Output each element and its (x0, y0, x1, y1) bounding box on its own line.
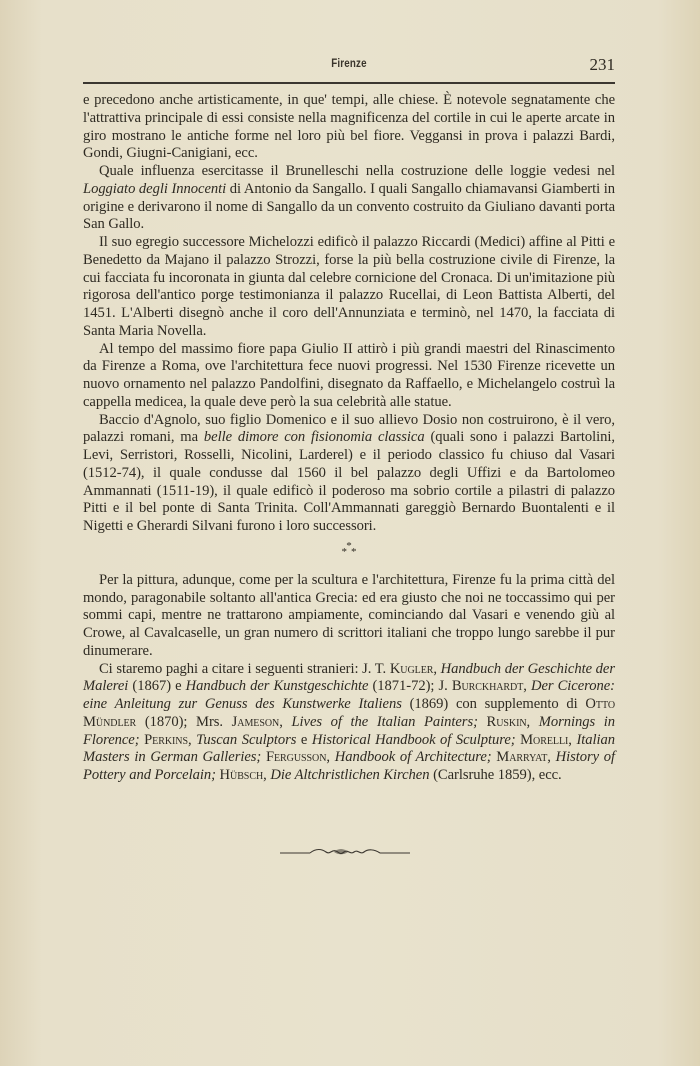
italic-title: Die Altchristlichen Kirchen (270, 767, 429, 783)
text-run: (1870); Mrs. (136, 714, 231, 730)
body-text: e precedono anche artisticamente, in que… (83, 92, 615, 785)
running-title: Firenze (123, 58, 575, 70)
italic-title: Historical Handbook of Sculpture; (312, 732, 516, 748)
asterism-bottom: ** (83, 548, 615, 557)
text-run: e precedono anche artisticamente, in que… (83, 92, 615, 161)
author-name: Burckhardt (452, 678, 523, 694)
text-run: Ci staremo paghi a citare i seguenti str… (99, 661, 390, 677)
text-run (478, 714, 487, 730)
running-head: Firenze 231 (83, 56, 615, 76)
text-run: , (188, 732, 196, 748)
paragraph: Baccio d'Agnolo, suo figlio Domenico e i… (83, 412, 615, 536)
text-run: , (279, 714, 291, 730)
italic-title: Tuscan Sculptors (196, 732, 296, 748)
text-run: (1867) e (128, 678, 185, 694)
italic-title: Lives of the Italian Painters; (291, 714, 477, 730)
paragraph: Per la pittura, adunque, come per la scu… (83, 572, 615, 661)
paragraph: Al tempo del massimo fiore papa Giulio I… (83, 341, 615, 412)
text-run: (1869) con supplemento di (402, 696, 586, 712)
header-rule (83, 82, 615, 84)
page-number: 231 (590, 55, 616, 75)
paragraph: e precedono anche artisticamente, in que… (83, 92, 615, 163)
paragraph: Ci staremo paghi a citare i seguenti str… (83, 661, 615, 785)
paragraphs-after-break: Per la pittura, adunque, come per la scu… (83, 572, 615, 785)
author-name: Marryat (496, 749, 547, 765)
section-break-asterism: * ** (83, 536, 615, 572)
paragraph: Il suo egregio successore Michelozzi edi… (83, 234, 615, 341)
text-run: Per la pittura, adunque, come per la scu… (83, 572, 615, 659)
italic-title: Loggiato degli Innocenti (83, 181, 226, 197)
text-run: e (296, 732, 312, 748)
author-name: Jameson (232, 714, 280, 730)
text-run: Al tempo del massimo fiore papa Giulio I… (83, 341, 615, 410)
text-run: Quale influenza esercitasse il Brunelles… (99, 163, 615, 179)
author-name: Ruskin (487, 714, 527, 730)
text-run: , (326, 749, 334, 765)
author-name: Morelli (520, 732, 568, 748)
text-run: , (547, 749, 555, 765)
text-run: Il suo egregio successore Michelozzi edi… (83, 234, 615, 339)
italic-title: belle dimore con fisionomia classica (204, 429, 425, 445)
author-name: Hübsch (220, 767, 264, 783)
text-run: (Carlsruhe 1859), ecc. (429, 767, 561, 783)
tailpiece-flourish-icon (280, 843, 410, 859)
italic-title: Handbook of Architecture; (335, 749, 492, 765)
text-run: , (527, 714, 539, 730)
text-run: , (433, 661, 440, 677)
text-run: , (523, 678, 531, 694)
text-run: (1871-72); J. (368, 678, 451, 694)
paragraph: Quale influenza esercitasse il Brunelles… (83, 163, 615, 234)
italic-title: Handbuch der Kunstgeschichte (186, 678, 369, 694)
paragraphs-before-break: e precedono anche artisticamente, in que… (83, 92, 615, 536)
author-name: Kugler (390, 661, 434, 677)
author-name: Fergusson (266, 749, 326, 765)
author-name: Perkins (144, 732, 188, 748)
